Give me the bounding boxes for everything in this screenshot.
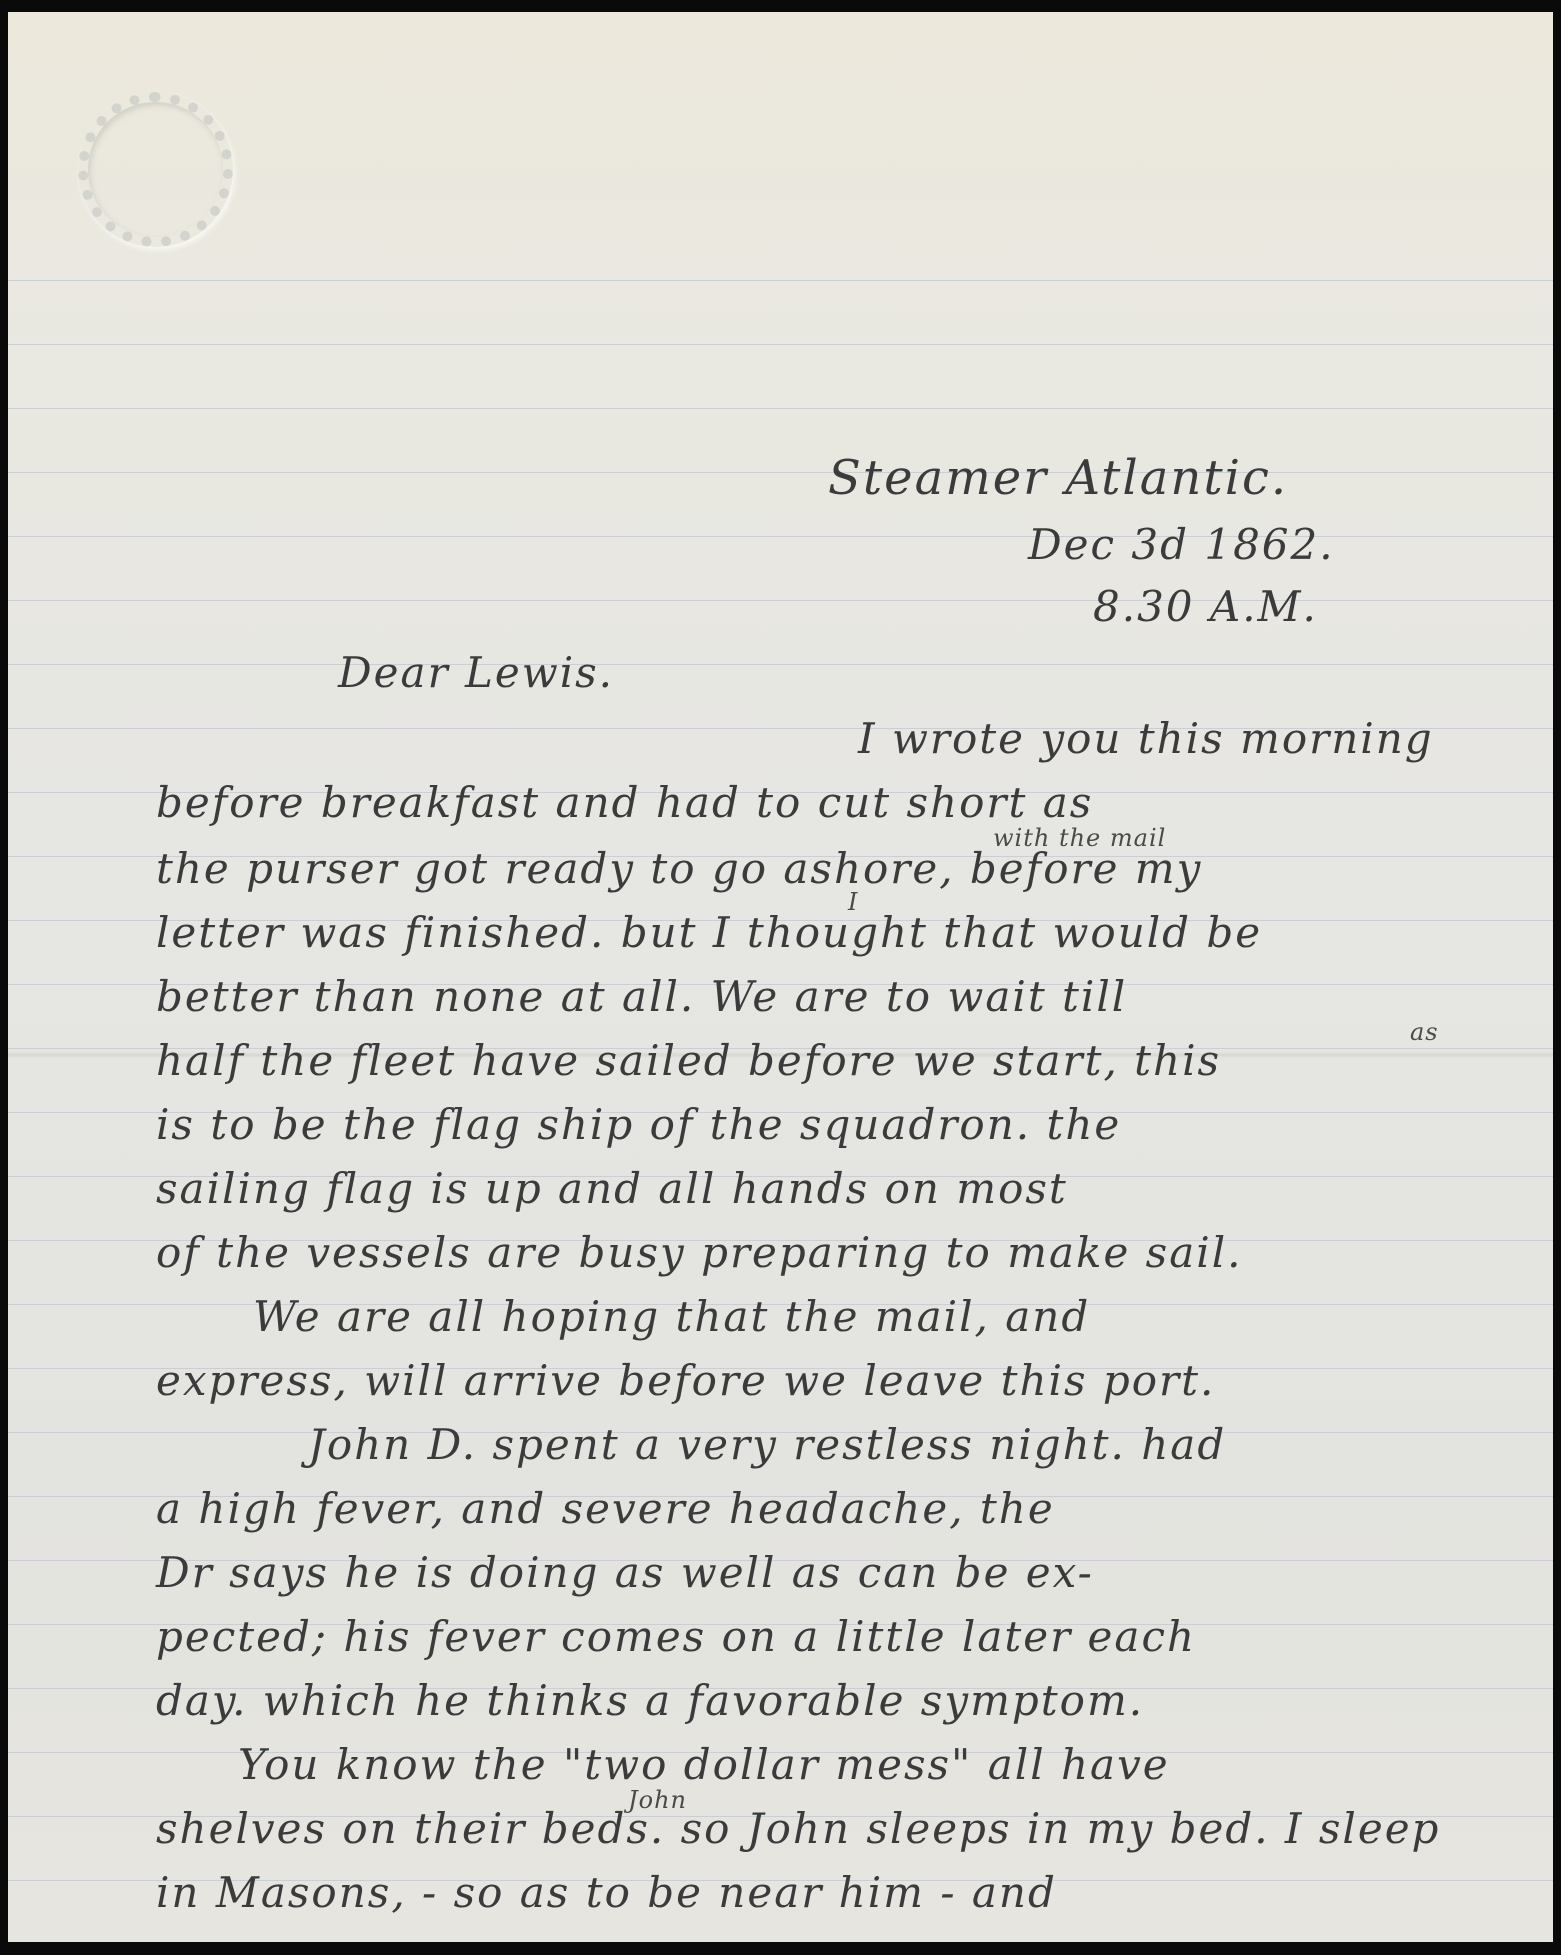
- ruled-line: [8, 472, 1553, 473]
- letter-line: shelves on their beds. so John sleeps in…: [156, 1804, 1440, 1853]
- ruled-line: [8, 600, 1553, 601]
- letter-line: in Masons, - so as to be near him - and: [156, 1868, 1057, 1917]
- letter-place: Steamer Atlantic.: [828, 450, 1288, 506]
- embossed-seal-icon: [78, 92, 233, 247]
- letter-line: I wrote you this morning: [858, 714, 1434, 763]
- letter-date: Dec 3d 1862.: [1028, 520, 1335, 569]
- letter-salutation: Dear Lewis.: [338, 648, 614, 697]
- ruled-line: [8, 408, 1553, 409]
- letter-line: day. which he thinks a favorable symptom…: [156, 1676, 1144, 1725]
- letter-line: You know the "two dollar mess" all have: [238, 1740, 1170, 1789]
- letter-line: express, will arrive before we leave thi…: [156, 1356, 1215, 1405]
- letter-line: half the fleet have sailed before we sta…: [156, 1036, 1221, 1085]
- letter-line: Dr says he is doing as well as can be ex…: [156, 1548, 1094, 1597]
- letter-line: is to be the flag ship of the squadron. …: [156, 1100, 1121, 1149]
- letter-insertion: as: [1410, 1018, 1439, 1046]
- letter-line: We are all hoping that the mail, and: [253, 1292, 1090, 1341]
- letter-line: pected; his fever comes on a little late…: [156, 1612, 1196, 1661]
- ruled-line: [8, 344, 1553, 345]
- ruled-line: [8, 664, 1553, 665]
- ruled-line: [8, 280, 1553, 281]
- letter-line: better than none at all. We are to wait …: [156, 972, 1127, 1021]
- letter-line: a high fever, and severe headache, the: [156, 1484, 1055, 1533]
- letter-line: before breakfast and had to cut short as: [156, 778, 1093, 827]
- letter-line: John D. spent a very restless night. had: [308, 1420, 1226, 1469]
- letter-line: letter was finished. but I thought that …: [156, 908, 1262, 957]
- letter-line: of the vessels are busy preparing to mak…: [156, 1228, 1242, 1277]
- letter-line: sailing flag is up and all hands on most: [156, 1164, 1068, 1213]
- letter-line: the purser got ready to go ashore, befor…: [156, 844, 1202, 893]
- letter-page: Steamer Atlantic. Dec 3d 1862. 8.30 A.M.…: [8, 12, 1553, 1942]
- letter-time: 8.30 A.M.: [1093, 582, 1318, 631]
